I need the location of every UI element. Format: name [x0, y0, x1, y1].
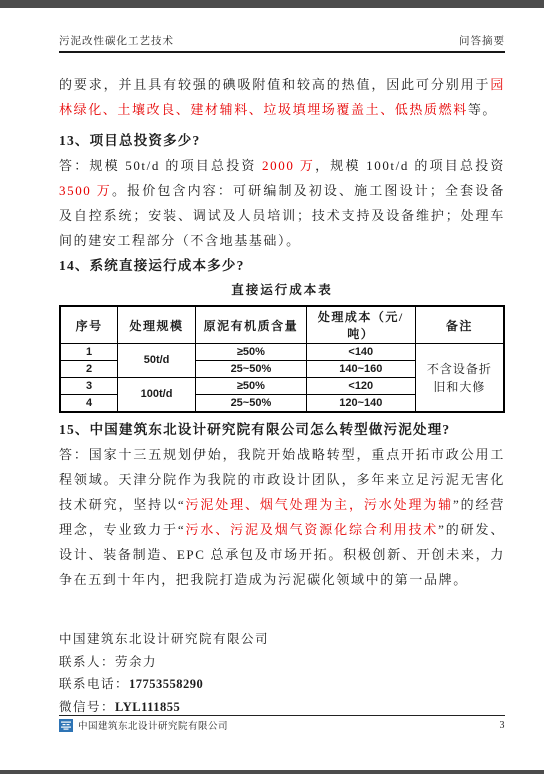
col-header-organic: 原泥有机质含量: [195, 306, 306, 344]
contact-block: 中国建筑东北设计研究院有限公司 联系人：劳余力 联系电话：17753558290…: [59, 628, 505, 718]
page-number: 3: [500, 720, 506, 731]
contact-phone-value: 17753558290: [129, 677, 203, 691]
cell-organic: 25~50%: [195, 395, 306, 413]
cell-no: 2: [60, 361, 118, 378]
col-header-no: 序号: [60, 306, 118, 344]
col-header-note: 备注: [415, 306, 504, 344]
contact-person: 联系人：劳余力: [59, 651, 505, 674]
contact-person-label: 联系人：: [59, 655, 115, 669]
text-segment: 。报价包含内容：可研编制及初设、施工图设计；全套设备及自控系统；安装、调试及人员…: [59, 183, 505, 248]
highlighted-text-segment: 3500 万: [59, 183, 112, 198]
cell-no: 1: [60, 344, 118, 361]
viewer-top-edge: [0, 0, 544, 8]
highlighted-text-segment: 2000 万: [262, 158, 315, 173]
answer-13-paragraph: 答：规模 50t/d 的项目总投资 2000 万，规模 100t/d 的项目总投…: [59, 153, 505, 253]
contact-phone: 联系电话：17753558290: [59, 673, 505, 696]
cell-cost: 140~160: [306, 361, 415, 378]
answer-15-paragraph: 答：国家十三五规划伊始，我院开始战略转型，重点开拓市政公用工程领域。天津分院作为…: [59, 442, 505, 592]
cell-cost: <140: [306, 344, 415, 361]
page-footer: 中国建筑东北设计研究院有限公司 3: [59, 715, 505, 732]
question-13-heading: 13、项目总投资多少?: [59, 128, 505, 153]
cell-organic: ≥50%: [195, 344, 306, 361]
contact-company: 中国建筑东北设计研究院有限公司: [59, 628, 505, 651]
cell-note: 不含设备折旧和大修: [415, 344, 504, 413]
cell-scale: 100t/d: [118, 378, 196, 413]
contact-person-value: 劳余力: [115, 655, 157, 669]
cell-cost: 120~140: [306, 395, 415, 413]
cell-organic: 25~50%: [195, 361, 306, 378]
highlighted-text-segment: 污水、污泥及烟气资源化综合利用技术: [185, 522, 438, 537]
highlighted-text-segment: 污泥处理、烟气处理为主，污水处理为辅: [185, 497, 453, 512]
contact-wechat-value: LYL111855: [115, 700, 180, 714]
question-15-heading: 15、中国建筑东北设计研究院有限公司怎么转型做污泥处理?: [59, 417, 505, 442]
text-segment: 等。: [468, 102, 497, 117]
company-logo-icon: [59, 719, 73, 732]
cell-organic: ≥50%: [195, 378, 306, 395]
table-caption: 直接运行成本表: [59, 278, 505, 303]
document-page: 污泥改性碳化工艺技术 问答摘要 的要求，并且具有较强的碘吸附值和较高的热值，因此…: [59, 33, 505, 718]
col-header-cost: 处理成本（元/吨）: [306, 306, 415, 344]
cell-no: 3: [60, 378, 118, 395]
col-header-scale: 处理规模: [118, 306, 196, 344]
question-14-heading: 14、系统直接运行成本多少?: [59, 253, 505, 278]
viewer-bottom-edge: [0, 770, 544, 774]
text-segment: 答：规模 50t/d 的项目总投资: [59, 158, 262, 173]
page-header: 污泥改性碳化工艺技术 问答摘要: [59, 33, 505, 53]
cell-scale: 50t/d: [118, 344, 196, 378]
cell-cost: <120: [306, 378, 415, 395]
table-row: 1 50t/d ≥50% <140 不含设备折旧和大修: [60, 344, 504, 361]
text-segment: ，规模 100t/d 的项目总投资: [315, 158, 505, 173]
contact-phone-label: 联系电话：: [59, 677, 129, 691]
cost-table: 序号 处理规模 原泥有机质含量 处理成本（元/吨） 备注 1 50t/d ≥50…: [59, 305, 505, 413]
table-header-row: 序号 处理规模 原泥有机质含量 处理成本（元/吨） 备注: [60, 306, 504, 344]
paragraph-intro: 的要求，并且具有较强的碘吸附值和较高的热值，因此可分别用于园林绿化、土壤改良、建…: [59, 72, 505, 122]
contact-wechat-label: 微信号：: [59, 700, 115, 714]
cell-no: 4: [60, 395, 118, 413]
header-title-right: 问答摘要: [459, 33, 505, 48]
text-segment: 的要求，并且具有较强的碘吸附值和较高的热值，因此可分别用于: [59, 77, 490, 92]
footer-company-name: 中国建筑东北设计研究院有限公司: [78, 718, 228, 732]
header-title-left: 污泥改性碳化工艺技术: [59, 33, 174, 48]
